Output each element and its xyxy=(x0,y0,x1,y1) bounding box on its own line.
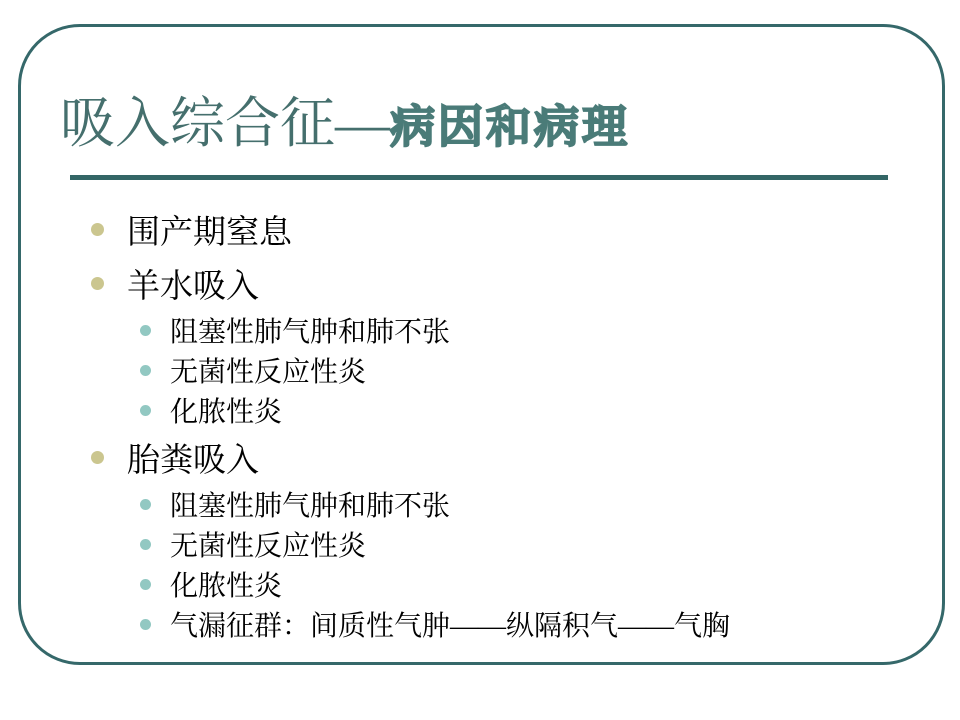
bullet-icon xyxy=(91,223,104,236)
list-item: 化脓性炎 xyxy=(0,564,960,604)
bullet-icon xyxy=(140,539,151,550)
bullet-icon xyxy=(140,325,151,336)
list-item: 围产期窒息 xyxy=(0,202,960,256)
list-item-text: 阻塞性肺气肿和肺不张 xyxy=(170,310,450,350)
list-item: 无菌性反应性炎 xyxy=(0,350,960,390)
list-item-text: 无菌性反应性炎 xyxy=(170,524,366,564)
list-item-text: 气漏征群：间质性气肿——纵隔积气——气胸 xyxy=(170,604,730,644)
list-item-text: 胎粪吸入 xyxy=(127,434,259,481)
list-item: 气漏征群：间质性气肿——纵隔积气——气胸 xyxy=(0,604,960,644)
list-item: 胎粪吸入 xyxy=(0,430,960,484)
bullet-icon xyxy=(140,365,151,376)
bullet-icon xyxy=(140,405,151,416)
bullet-icon xyxy=(91,451,104,464)
list-item: 化脓性炎 xyxy=(0,390,960,430)
title-decorated-text: 病因和病理 xyxy=(390,101,630,152)
title-main-text: 吸入综合征— xyxy=(60,93,390,154)
list-item-text: 化脓性炎 xyxy=(170,564,282,604)
bullet-icon xyxy=(140,499,151,510)
bullet-list: 围产期窒息 羊水吸入 阻塞性肺气肿和肺不张 无菌性反应性炎 化脓性炎 胎粪吸入 … xyxy=(0,202,960,644)
list-item: 无菌性反应性炎 xyxy=(0,524,960,564)
slide: 吸入综合征—病因和病理 围产期窒息 羊水吸入 阻塞性肺气肿和肺不张 无菌性反应性… xyxy=(0,0,960,720)
list-item-text: 羊水吸入 xyxy=(127,260,259,307)
bullet-icon xyxy=(140,579,151,590)
list-item: 阻塞性肺气肿和肺不张 xyxy=(0,310,960,350)
bullet-icon xyxy=(91,277,104,290)
list-item-text: 无菌性反应性炎 xyxy=(170,350,366,390)
list-item-text: 围产期窒息 xyxy=(127,206,292,253)
bullet-icon xyxy=(140,619,151,630)
title-underline xyxy=(70,175,888,180)
list-item-text: 化脓性炎 xyxy=(170,390,282,430)
list-item: 羊水吸入 xyxy=(0,256,960,310)
list-item-text: 阻塞性肺气肿和肺不张 xyxy=(170,484,450,524)
slide-title: 吸入综合征—病因和病理 xyxy=(60,94,630,155)
list-item: 阻塞性肺气肿和肺不张 xyxy=(0,484,960,524)
